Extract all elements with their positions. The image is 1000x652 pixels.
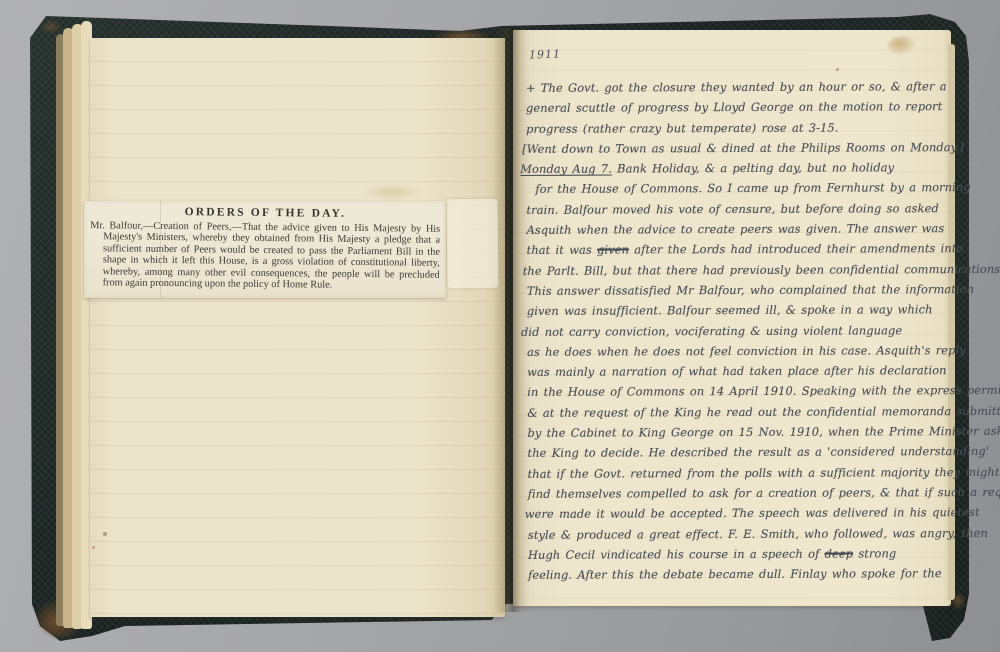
handwriting-line: that it was given after the Lords had in…: [527, 241, 951, 263]
handwriting-line: as he does when he does not feel convict…: [527, 343, 951, 365]
handwriting-line: did not carry conviction, vociferating &…: [521, 323, 951, 345]
handwriting-line: were made it would be accepted. The spee…: [525, 505, 952, 527]
handwriting-line: style & produced a great effect. F. E. S…: [528, 526, 952, 548]
handwriting-line: progress (rather crazy but temperate) ro…: [526, 120, 950, 142]
handwriting-line: that if the Govt. returned from the poll…: [528, 465, 952, 487]
photo-background: ORDERS OF THE DAY. Mr. Balfour,—Creation…: [0, 0, 1000, 652]
foxing-spot: [92, 546, 95, 549]
handwriting-line: the Parlt. Bill, but that there had prev…: [523, 262, 951, 284]
foxing-spot: [103, 532, 107, 536]
handwriting-line: Asquith when the advice to create peers …: [527, 221, 951, 243]
cover-wear-top-left: [40, 20, 62, 34]
handwriting-line: & at the request of the King he read out…: [527, 404, 951, 426]
handwriting-line: find themselves compelled to ask for a c…: [528, 485, 952, 507]
handwriting-line: by the Cabinet to King George on 15 Nov.…: [527, 424, 951, 446]
handwriting-line: Hugh Cecil vindicated his course in a sp…: [528, 546, 952, 568]
clipping-text: ORDERS OF THE DAY. Mr. Balfour,—Creation…: [90, 204, 441, 292]
handwriting-line: the King to decide. He described the res…: [527, 444, 951, 466]
clipping-body: Mr. Balfour,—Creation of Peers,—That the…: [90, 220, 441, 292]
year-label: 1911: [529, 47, 561, 61]
handwriting-lines: + The Govt. got the closure they wanted …: [526, 79, 952, 588]
handwriting-line: [Went down to Town as usual & dined at t…: [522, 140, 950, 162]
handwriting-line: Monday Aug 7. Bank Holiday, & a pelting …: [520, 160, 950, 182]
foxing-spot: [836, 68, 839, 71]
tape-residue: [447, 199, 499, 288]
newspaper-clipping: ORDERS OF THE DAY. Mr. Balfour,—Creation…: [84, 201, 446, 298]
handwriting-line: given was insufficient. Balfour seemed i…: [527, 302, 951, 324]
clipping-title: ORDERS OF THE DAY.: [90, 204, 440, 222]
stain: [888, 36, 916, 55]
handwriting-line: general scuttle of progress by Lloyd Geo…: [526, 99, 950, 121]
left-page: [90, 38, 505, 617]
handwriting-line: train. Balfour moved his vote of censure…: [526, 201, 950, 223]
handwriting-line: in the House of Commons on 14 April 1910…: [527, 384, 951, 406]
handwriting-line: was mainly a narration of what had taken…: [527, 363, 951, 385]
stain: [360, 184, 424, 200]
handwriting-line: This answer dissatisfied Mr Balfour, who…: [527, 282, 951, 304]
handwriting-line: feeling. After this the debate became du…: [528, 566, 952, 588]
handwriting-line: + The Govt. got the closure they wanted …: [526, 79, 950, 101]
handwriting-line: for the House of Commons. So I came up f…: [535, 181, 950, 203]
